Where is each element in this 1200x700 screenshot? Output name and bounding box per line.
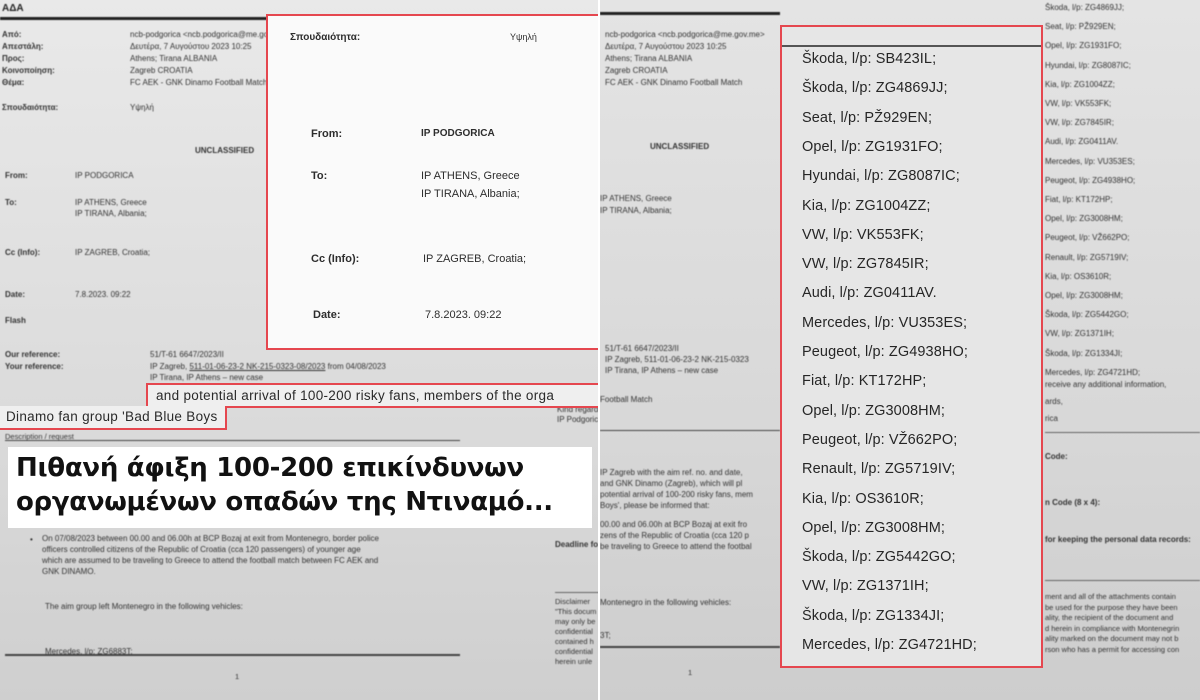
right-col-vehicle: Mercedes, l/p: VU353ES; <box>1045 157 1135 166</box>
license-plate: ZG1931FO; <box>865 139 942 155</box>
license-plate: ZG5442GO; <box>876 549 956 565</box>
right-meta-value: Δευτέρα, 7 Αυγούστου 2023 10:25 <box>605 42 726 51</box>
meta-value: Υψηλή <box>130 103 154 112</box>
right-col-vehicle: Mercedes, l/p: ZG4721HD; <box>1045 368 1140 377</box>
right-col-disclaimer-line: ality, the recipient of the document and <box>1045 613 1173 622</box>
plate-separator: , l/p: <box>823 491 855 507</box>
right-col-vehicle: Opel, l/p: ZG3008HM; <box>1045 291 1123 300</box>
vehicle-make: Fiat <box>802 373 827 389</box>
right-body-paragraph: Montenegro in the following vehicles: <box>600 598 731 607</box>
right-col-disclaimer-line: d herein in compliance with Montenegrin <box>1045 624 1179 633</box>
plate-separator: , l/p: <box>832 110 864 126</box>
right-col-vehicle: VW, l/p: VK553FK; <box>1045 99 1111 108</box>
right-col-disclaimer-line: be used for the purpose they have been <box>1045 603 1178 612</box>
right-col-vehicle: Škoda, l/p: ZG5442GO; <box>1045 310 1129 319</box>
meta-value: Δευτέρα, 7 Αυγούστου 2023 10:25 <box>130 42 251 51</box>
vehicle-row: Kia, l/p: OS3610R; <box>802 491 924 507</box>
right-body-line: 00.00 and 06.00h at BCP Bozaj at exit fr… <box>600 520 747 529</box>
right-col-disclaimer-line: ment and all of the attachments contain <box>1045 592 1176 601</box>
plate-separator: , l/p: <box>853 461 885 477</box>
vehicle-make: VW <box>802 578 825 594</box>
our-reference-value: 51/T-61 6647/2023/II <box>150 350 224 359</box>
right-col-vehicle: VW, l/p: ZG1371IH; <box>1045 329 1114 338</box>
license-plate: ZG3008HM; <box>865 403 945 419</box>
right-meta-value: FC AEK - GNK Dinamo Football Match <box>605 78 742 87</box>
right-col-vehicle: VW, l/p: ZG7845IR; <box>1045 118 1114 127</box>
vehicle-list-callout: Škoda, l/p: SB423IL;Škoda, l/p: ZG4869JJ… <box>780 25 1043 668</box>
description-rule <box>5 440 460 441</box>
right-body-line: potential arrival of 100-200 risky fans,… <box>600 490 753 499</box>
vehicle-row: Opel, l/p: ZG1931FO; <box>802 139 943 155</box>
disclaimer-line: herein unle <box>555 657 592 666</box>
field-label: To: <box>5 198 17 207</box>
plate-separator: , l/p: <box>844 608 876 624</box>
vehicle-row: Škoda, l/p: ZG1334JI; <box>802 608 944 624</box>
disclaimer-line: confidential <box>555 627 593 636</box>
bullet-dot: • <box>30 535 33 544</box>
vehicle-make: Opel <box>802 403 833 419</box>
meta-value: Zagreb CROATIA <box>130 66 193 75</box>
vehicle-row: VW, l/p: VK553FK; <box>802 227 924 243</box>
right-body-line: and GNK Dinamo (Zagreb), which will pl <box>600 479 742 488</box>
vehicle-make: Renault <box>802 461 853 477</box>
vehicle-row: Renault, l/p: ZG5719IV; <box>802 461 955 477</box>
vehicle-row: VW, l/p: ZG1371IH; <box>802 578 929 594</box>
vehicle-make: Opel <box>802 139 833 155</box>
vehicle-row: Škoda, l/p: ZG5442GO; <box>802 549 956 565</box>
field-value: IP TIRANA, Albania; <box>75 209 147 218</box>
vehicle-row: VW, l/p: ZG7845IR; <box>802 256 929 272</box>
cc-label: Cc (Info): <box>311 253 359 265</box>
body-bullet-line: which are assumed to be traveling to Gre… <box>42 556 378 565</box>
date-label: Date: <box>313 309 341 321</box>
right-col-rule-2 <box>1045 580 1200 581</box>
side-rule <box>555 592 600 593</box>
license-plate: ZG1334JI; <box>876 608 945 624</box>
plate-separator: , l/p: <box>831 285 863 301</box>
vehicle-make: Kia <box>802 198 823 214</box>
plate-separator: , l/p: <box>827 373 859 389</box>
plate-separator: , l/p: <box>833 139 865 155</box>
sender-recipient-callout: Σπουδαιότητα: Υψηλή From: IP PODGORICA T… <box>266 14 600 350</box>
right-col-disclaimer-line: ality marked on the document may not b <box>1045 634 1178 643</box>
body-bullet-line: On 07/08/2023 between 00.00 and 06.00h a… <box>42 534 379 543</box>
right-fragment-2: IP TIRANA, Albania; <box>600 206 672 215</box>
right-body-line: IP Zagreb with the aim ref. no. and date… <box>600 468 743 477</box>
plate-separator: , l/p: <box>844 549 876 565</box>
headline-line-2: οργανωμένων οπαδών της Ντιναμό... <box>16 485 592 519</box>
right-col-vehicle: Seat, l/p: PŽ929EN; <box>1045 22 1116 31</box>
license-plate: ZG3008HM; <box>865 520 945 536</box>
right-col-rule-1 <box>1045 432 1200 433</box>
disclaimer-line: contained h <box>555 637 594 646</box>
right-col-vehicle: Peugeot, l/p: ZG4938HO; <box>1045 176 1135 185</box>
right-col-code-label: n Code (8 x 4): <box>1045 498 1100 507</box>
our-reference-label: Our reference: <box>5 350 60 359</box>
body-paragraph: The aim group left Montenegro in the fol… <box>45 602 243 611</box>
right-col-tail-line: rica <box>1045 414 1058 423</box>
from-value: IP PODGORICA <box>421 128 495 139</box>
meta-label: Σπουδαιότητα: <box>2 103 58 112</box>
license-plate: ZG4721HD; <box>899 637 977 653</box>
vehicle-row: Hyundai, l/p: ZG8087IC; <box>802 168 960 184</box>
page-number: 1 <box>235 672 239 681</box>
right-col-vehicle: Audi, l/p: ZG0411AV. <box>1045 137 1118 146</box>
plate-separator: , l/p: <box>866 637 898 653</box>
right-classification: UNCLASSIFIED <box>650 142 709 151</box>
plate-separator: , l/p: <box>857 344 889 360</box>
right-col-disclaimer-line: rson who has a permit for accessing con <box>1045 645 1179 654</box>
right-col-vehicle: Škoda, l/p: ZG1334JI; <box>1045 349 1122 358</box>
to-value-2: IP TIRANA, Albania; <box>421 188 520 200</box>
your-reference-link[interactable]: 511-01-06-23-2 NK-215-0323-08/2023 <box>189 362 325 371</box>
right-col-code-label: Code: <box>1045 452 1068 461</box>
right-rule-1 <box>600 430 780 431</box>
license-plate: ZG1371IH; <box>857 578 929 594</box>
license-plate: ZG5719IV; <box>885 461 955 477</box>
vehicle-row: Mercedes, l/p: VU353ES; <box>802 315 967 331</box>
body-bottom-rule <box>5 654 460 656</box>
vehicle-make: Peugeot <box>802 344 857 360</box>
license-plate: ZG7845IR; <box>857 256 929 272</box>
vehicle-row: Audi, l/p: ZG0411AV. <box>802 285 937 301</box>
from-label: From: <box>311 128 342 140</box>
your-reference-line2: IP Tirana, IP Athens – new case <box>150 373 263 382</box>
vehicle-row: Fiat, l/p: KT172HP; <box>802 373 926 389</box>
right-col-vehicle: Renault, l/p: ZG5719IV; <box>1045 253 1128 262</box>
priority-label: Σπουδαιότητα: <box>290 32 360 43</box>
license-plate: ZG0411AV. <box>864 285 937 301</box>
right-ref-line: Football Match <box>600 395 652 404</box>
vehicle-row: Seat, l/p: PŽ929EN; <box>802 110 932 126</box>
field-label: From: <box>5 171 28 180</box>
license-plate: ZG8087IC; <box>888 168 960 184</box>
meta-label: Προς: <box>2 54 24 63</box>
vehicle-make: Škoda <box>802 80 844 96</box>
vehicle-make: Hyundai <box>802 168 856 184</box>
right-col-code-label: for keeping the personal data records: <box>1045 535 1191 544</box>
vehicle-row: Peugeot, l/p: ZG4938HO; <box>802 344 968 360</box>
disclaimer-line: "This docum <box>555 607 596 616</box>
meta-label: Απεστάλη: <box>2 42 43 51</box>
vehicle-row: Škoda, l/p: ZG4869JJ; <box>802 80 948 96</box>
vehicle-make: Škoda <box>802 549 844 565</box>
right-rule-2 <box>600 646 780 648</box>
vehicle-row: Kia, l/p: ZG1004ZZ; <box>802 198 930 214</box>
headline-line-1: Πιθανή άφιξη 100-200 επικίνδυνων <box>16 451 592 485</box>
right-col-vehicle: Opel, l/p: ZG1931FO; <box>1045 41 1121 50</box>
right-col-vehicle: Kia, l/p: OS3610R; <box>1045 272 1111 281</box>
document-title: ΑΔΑ <box>2 3 24 14</box>
body-bullet-line: GNK DINAMO. <box>42 567 96 576</box>
field-value: IP ATHENS, Greece <box>75 198 147 207</box>
plate-separator: , l/p: <box>856 168 888 184</box>
vehicle-make: Seat <box>802 110 832 126</box>
meta-label: Κοινοποίηση: <box>2 66 55 75</box>
meta-label: Θέμα: <box>2 78 24 87</box>
vehicle-row: Mercedes, l/p: ZG4721HD; <box>802 637 977 653</box>
disclaimer-line: Disclaimer <box>555 597 590 606</box>
field-value: 7.8.2023. 09:22 <box>75 290 131 299</box>
right-meta-value: Athens; Tirana ALBANIA <box>605 54 692 63</box>
headline-banner: Πιθανή άφιξη 100-200 επικίνδυνων οργανωμ… <box>8 447 592 528</box>
disclaimer-line: confidential <box>555 647 593 656</box>
vehicle-list-top-rule <box>782 45 1041 47</box>
field-label: Flash <box>5 316 26 325</box>
right-ref-line: IP Tirana, IP Athens – new case <box>605 366 718 375</box>
right-body-line: zens of the Republic of Croatia (cca 120… <box>600 531 749 540</box>
license-plate: VU353ES; <box>899 315 968 331</box>
right-page-number: 1 <box>688 668 692 677</box>
meta-label: Από: <box>2 30 21 39</box>
vehicle-make: Mercedes <box>802 637 866 653</box>
your-reference-suffix: from 04/08/2023 <box>325 362 385 371</box>
right-col-vehicle: Hyundai, l/p: ZG8087IC; <box>1045 61 1131 70</box>
license-plate: ZG4869JJ; <box>876 80 948 96</box>
field-value: IP PODGORICA <box>75 171 134 180</box>
license-plate: ZG1004ZZ; <box>855 198 930 214</box>
vehicle-row: Peugeot, l/p: VŽ662PO; <box>802 432 957 448</box>
vehicle-make: Škoda <box>802 51 844 67</box>
license-plate: OS3610R; <box>855 491 924 507</box>
plate-separator: , l/p: <box>844 51 876 67</box>
vehicle-row: Škoda, l/p: SB423IL; <box>802 51 936 67</box>
plate-separator: , l/p: <box>833 520 865 536</box>
right-ref-line: IP Zagreb, 511-01-06-23-2 NK-215-0323 <box>605 355 749 364</box>
vehicle-row: Opel, l/p: ZG3008HM; <box>802 520 945 536</box>
left-document-photo: ΑΔΑ Από:Απεστάλη:Προς:Κοινοποίηση:Θέμα:Σ… <box>0 0 600 700</box>
right-col-tail-line: ards, <box>1045 397 1063 406</box>
field-label: Date: <box>5 290 25 299</box>
right-ref-line: 51/T-61 6647/2023/II <box>605 344 679 353</box>
right-col-vehicle: Fiat, l/p: KT172HP; <box>1045 195 1113 204</box>
license-plate: KT172HP; <box>859 373 927 389</box>
right-body-vehicle: 3T; <box>600 631 611 640</box>
plate-separator: , l/p: <box>857 432 889 448</box>
vehicle-make: Škoda <box>802 608 844 624</box>
right-col-tail-line: receive any additional information, <box>1045 380 1166 389</box>
right-col-vehicle: Kia, l/p: ZG1004ZZ; <box>1045 80 1115 89</box>
to-value-1: IP ATHENS, Greece <box>421 170 520 182</box>
disclaimer-line: may only be <box>555 617 595 626</box>
vehicle-make: Kia <box>802 491 823 507</box>
right-meta-value: ncb-podgorica <ncb.podgorica@me.gov.me> <box>605 30 765 39</box>
priority-value: Υψηλή <box>510 32 537 42</box>
vehicle-make: Audi <box>802 285 831 301</box>
license-plate: SB423IL; <box>876 51 936 67</box>
vehicle-make: Opel <box>802 520 833 536</box>
meta-value: FC AEK - GNK Dinamo Football Match <box>130 78 267 87</box>
cc-value: IP ZAGREB, Croatia; <box>423 253 526 265</box>
right-body-line: be traveling to Greece to attend the foo… <box>600 542 752 551</box>
license-plate: VK553FK; <box>857 227 924 243</box>
plate-separator: , l/p: <box>823 198 855 214</box>
plate-separator: , l/p: <box>825 578 857 594</box>
field-value: IP ZAGREB, Croatia; <box>75 248 150 257</box>
highlight-line-1: and potential arrival of 100-200 risky f… <box>146 383 600 408</box>
side-signature: IP Podgorica <box>557 415 600 424</box>
your-reference-label: Your reference: <box>5 362 64 371</box>
vehicle-make: Mercedes <box>802 315 866 331</box>
vehicle-row: Opel, l/p: ZG3008HM; <box>802 403 945 419</box>
plate-separator: , l/p: <box>825 256 857 272</box>
meta-value: Athens; Tirana ALBANIA <box>130 54 217 63</box>
license-plate: VŽ662PO; <box>889 432 958 448</box>
right-col-vehicle: Škoda, l/p: ZG4869JJ; <box>1045 3 1124 12</box>
license-plate: ZG4938HO; <box>889 344 968 360</box>
plate-separator: , l/p: <box>825 227 857 243</box>
side-deadline: Deadline fo <box>555 540 598 549</box>
vehicle-make: VW <box>802 227 825 243</box>
right-col-vehicle: Opel, l/p: ZG3008HM; <box>1045 214 1123 223</box>
right-body-line: Boys', please be informed that: <box>600 501 710 510</box>
right-fragment-1: IP ATHENS, Greece <box>600 194 672 203</box>
your-reference-value: IP Zagreb, 511-01-06-23-2 NK-215-0323-08… <box>150 362 386 371</box>
body-bullet-line: officers controlled citizens of the Repu… <box>42 545 361 554</box>
right-meta-value: Zagreb CROATIA <box>605 66 668 75</box>
your-reference-prefix: IP Zagreb, <box>150 362 189 371</box>
date-value: 7.8.2023. 09:22 <box>425 309 501 321</box>
plate-separator: , l/p: <box>833 403 865 419</box>
license-plate: PŽ929EN; <box>864 110 932 126</box>
right-col-vehicle: Peugeot, l/p: VŽ662PO; <box>1045 233 1130 242</box>
field-label: Cc (Info): <box>5 248 40 257</box>
plate-separator: , l/p: <box>866 315 898 331</box>
vehicle-make: VW <box>802 256 825 272</box>
plate-separator: , l/p: <box>844 80 876 96</box>
highlight-line-2: Dinamo fan group 'Bad Blue Boys <box>0 406 227 430</box>
right-header-rule <box>600 12 780 15</box>
to-label: To: <box>311 170 327 182</box>
vehicle-make: Peugeot <box>802 432 857 448</box>
classification-label: UNCLASSIFIED <box>195 146 254 155</box>
